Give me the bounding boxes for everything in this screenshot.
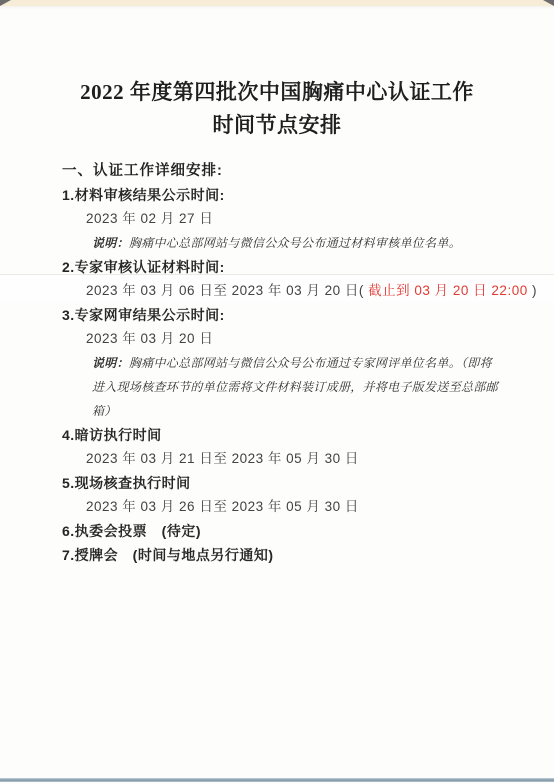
item-1-note-prefix: 说明： bbox=[92, 236, 129, 250]
item-3-note-prefix: 说明： bbox=[92, 356, 129, 370]
scan-edge-top bbox=[0, 0, 554, 6]
item-5-date: 2023 年 03 月 26 日至 2023 年 05 月 30 日 bbox=[62, 495, 512, 519]
item-1-note: 说明：胸痛中心总部网站与微信公众号公布通过材料审核单位名单。 bbox=[62, 231, 512, 255]
item-3-note-line-3: 箱） bbox=[62, 399, 512, 423]
scanned-document-page: 2022 年度第四批次中国胸痛中心认证工作 时间节点安排 一、认证工作详细安排:… bbox=[0, 0, 554, 784]
document-body: 一、认证工作详细安排: 1.材料审核结果公示时间: 2023 年 02 月 27… bbox=[62, 159, 512, 567]
document-title-line-1: 2022 年度第四批次中国胸痛中心认证工作 bbox=[0, 76, 554, 109]
item-3-note-line-1: 说明：胸痛中心总部网站与微信公众号公布通过专家网评单位名单。（即将 bbox=[62, 351, 512, 375]
scan-edge-bottom bbox=[0, 778, 554, 782]
item-3-date: 2023 年 03 月 20 日 bbox=[62, 327, 512, 351]
item-2-label: 2.专家审核认证材料时间: bbox=[62, 255, 512, 279]
item-2-date-range: 2023 年 03 月 06 日至 2023 年 03 月 20 日( bbox=[86, 283, 368, 298]
item-2-date-deadline: 截止到 03 月 20 日 22:00 bbox=[368, 283, 528, 298]
section-heading: 一、认证工作详细安排: bbox=[62, 159, 512, 183]
item-1-date: 2023 年 02 月 27 日 bbox=[62, 207, 512, 231]
item-3-label: 3.专家网审结果公示时间: bbox=[62, 303, 512, 327]
item-2-date: 2023 年 03 月 06 日至 2023 年 03 月 20 日( 截止到 … bbox=[62, 279, 512, 303]
item-5-label: 5.现场核查执行时间 bbox=[62, 471, 512, 495]
item-2-date-suffix: ) bbox=[528, 283, 537, 298]
item-4-label: 4.暗访执行时间 bbox=[62, 423, 512, 447]
item-4-date: 2023 年 03 月 21 日至 2023 年 05 月 30 日 bbox=[62, 447, 512, 471]
item-3-note-line-2: 进入现场核查环节的单位需将文件材料装订成册，并将电子版发送至总部邮 bbox=[62, 375, 512, 399]
item-6-label: 6.执委会投票 (待定) bbox=[62, 519, 512, 543]
item-7-label: 7.授牌会 (时间与地点另行通知) bbox=[62, 543, 512, 567]
item-1-label: 1.材料审核结果公示时间: bbox=[62, 183, 512, 207]
document-title: 2022 年度第四批次中国胸痛中心认证工作 时间节点安排 bbox=[0, 76, 554, 142]
item-3-note-text-1: 胸痛中心总部网站与微信公众号公布通过专家网评单位名单。（即将 bbox=[129, 356, 492, 370]
item-1-note-text: 胸痛中心总部网站与微信公众号公布通过材料审核单位名单。 bbox=[129, 236, 461, 250]
document-title-line-2: 时间节点安排 bbox=[0, 109, 554, 142]
